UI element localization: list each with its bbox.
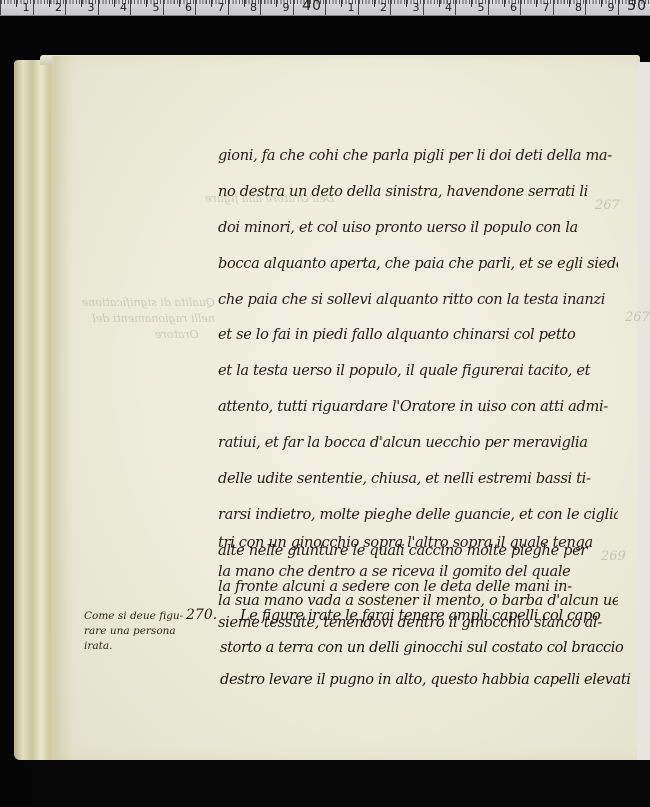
bleed-through-folio: 267 — [625, 310, 650, 325]
text-line: et la testa uerso il populo, il quale fi… — [218, 353, 618, 389]
measurement-ruler: 1 2 3 4 5 6 7 8 9 40 1 2 3 4 5 6 7 8 9 5… — [0, 0, 650, 16]
text-line: no destra un deto della sinistra, havend… — [218, 174, 618, 210]
text-line: bocca alquanto aperta, che paia che parl… — [218, 246, 618, 282]
text-line: Le figure irate le farai tenere ampli ca… — [240, 600, 640, 632]
paragraph-number: 270. — [186, 607, 217, 623]
text-line: la mano che dentro a se riceva il gomito… — [218, 554, 618, 583]
text-line: che paia che si sollevi alquanto ritto c… — [218, 282, 618, 318]
text-line: ratiui, et far la bocca d'alcun uecchio … — [218, 425, 618, 461]
bleed-through-note: nelli ragionamenti del — [75, 312, 215, 325]
bleed-through-note: Qualita di significatione — [75, 296, 215, 309]
text-line: et se lo fai in piedi fallo alquanto chi… — [218, 317, 618, 353]
text-line: doi minori, et col uiso pronto uerso il … — [218, 210, 618, 246]
bleed-through-note: Oratore — [155, 328, 199, 341]
text-line: destro levare il pugno in alto, questo h… — [220, 664, 640, 696]
text-line: storto a terra con un delli ginocchi sul… — [220, 632, 640, 664]
text-line: gioni, fa che cohi che parla pigli per l… — [218, 138, 618, 174]
text-line: tri con un ginocchio sopra l'altro sopra… — [218, 525, 618, 554]
main-text-block-end: tri con un ginocchio sopra l'altro sopra… — [218, 525, 618, 612]
margin-note: Come si deue figu- rare una persona irat… — [84, 609, 184, 654]
background-shadow — [30, 760, 650, 807]
text-line: attento, tutti riguardare l'Oratore in u… — [218, 389, 618, 425]
paragraph-270: Le figure irate le farai tenere ampli ca… — [240, 600, 640, 696]
text-line: delle udite sententie, chiusa, et nelli … — [218, 461, 618, 497]
margin-note-line: rare una persona — [84, 624, 184, 639]
margin-note-line: irata. — [84, 639, 184, 654]
margin-note-line: Come si deue figu- — [84, 609, 184, 624]
